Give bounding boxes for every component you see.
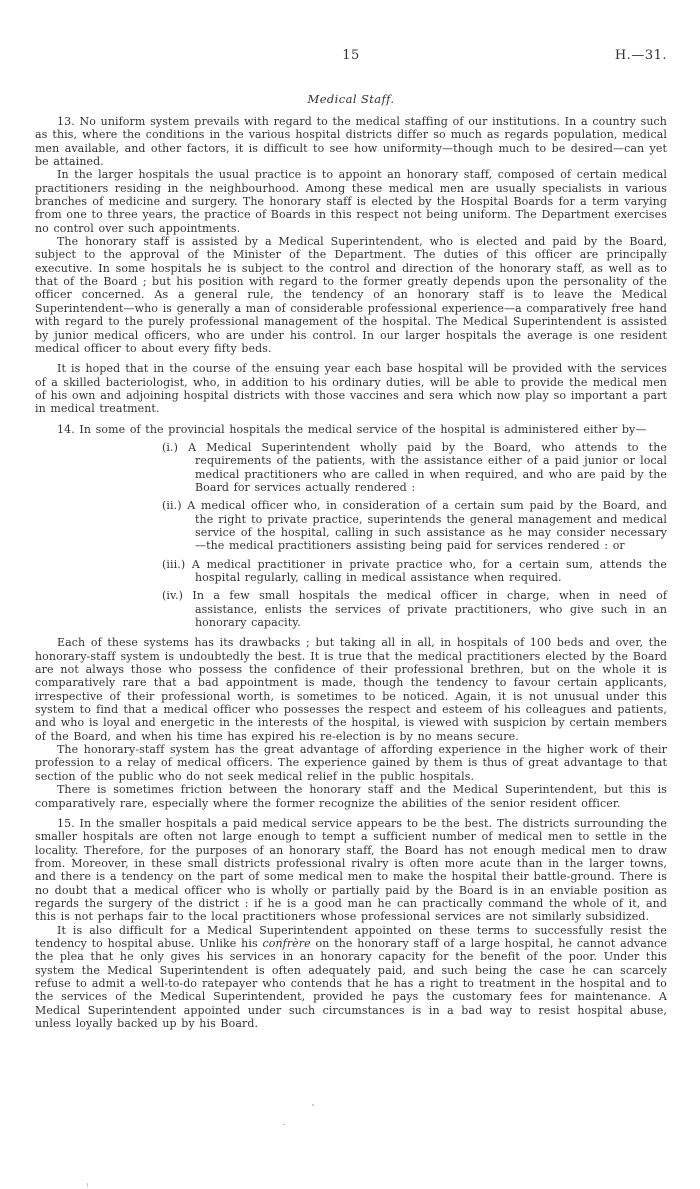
paragraph: It is also difficult for a Medical Super… xyxy=(35,924,667,1031)
paragraph: 13. No uniform system prevails with rega… xyxy=(35,115,667,168)
scan-speck xyxy=(283,1124,285,1125)
document-page: 15 H.—31. Medical Staff. 13. No uniform … xyxy=(0,0,700,1189)
text-run: A medical officer who, in consideration … xyxy=(187,499,667,552)
paragraph: 14. In some of the provincial hospitals … xyxy=(35,423,667,436)
text-run: In a few small hospitals the medical off… xyxy=(192,589,667,629)
paragraph: There is sometimes friction between the … xyxy=(35,783,667,810)
paragraph: It is hoped that in the course of the en… xyxy=(35,362,667,415)
list-item-label: (iv.) xyxy=(162,589,192,602)
list-item-label: (iii.) xyxy=(162,558,192,571)
text-run: on the honorary staff of a large hospita… xyxy=(35,937,667,1030)
text-run: A Medical Superintendent wholly paid by … xyxy=(188,441,667,494)
text-run: confrère xyxy=(262,937,310,950)
list-item: (iv.) In a few small hospitals the medic… xyxy=(35,589,667,629)
paragraph: 15. In the smaller hospitals a paid medi… xyxy=(35,817,667,924)
scan-speck xyxy=(87,1183,88,1187)
text-run: There is sometimes friction between the … xyxy=(35,783,667,809)
paragraph: The honorary-staff system has the great … xyxy=(35,743,667,783)
text-run: It is hoped that in the course of the en… xyxy=(35,362,667,415)
list-item: (iii.) A medical practitioner in private… xyxy=(35,558,667,585)
list-item-label: (ii.) xyxy=(162,499,187,512)
document-title: Medical Staff. xyxy=(35,92,667,106)
page-header: 15 H.—31. xyxy=(35,48,667,65)
doc-reference: H.—31. xyxy=(615,48,667,63)
text-run: Each of these systems has its drawbacks … xyxy=(35,636,667,742)
list-item: (ii.) A medical officer who, in consider… xyxy=(35,499,667,552)
page-number: 15 xyxy=(342,48,360,63)
paragraph: Each of these systems has its drawbacks … xyxy=(35,636,667,743)
document-body: 13. No uniform system prevails with rega… xyxy=(35,115,667,1030)
text-run: The honorary staff is assisted by a Medi… xyxy=(35,235,667,355)
paragraph: In the larger hospitals the usual practi… xyxy=(35,168,667,235)
paragraph: The honorary staff is assisted by a Medi… xyxy=(35,235,667,355)
text-run: In the larger hospitals the usual practi… xyxy=(35,168,667,234)
text-run: 15. In the smaller hospitals a paid medi… xyxy=(35,817,667,923)
text-run: A medical practitioner in private practi… xyxy=(192,558,667,584)
text-run: 14. In some of the provincial hospitals … xyxy=(57,423,646,436)
text-run: The honorary-staff system has the great … xyxy=(35,743,667,783)
scan-speck xyxy=(312,1104,314,1106)
list-item: (i.) A Medical Superintendent wholly pai… xyxy=(35,441,667,494)
list-item-label: (i.) xyxy=(162,441,188,454)
text-run: 13. No uniform system prevails with rega… xyxy=(35,115,667,168)
